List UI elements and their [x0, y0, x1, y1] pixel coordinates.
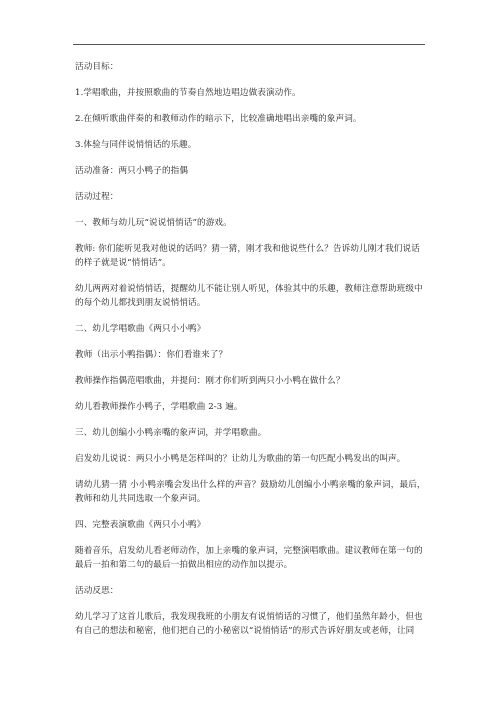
- paragraph: 教师（出示小鸭指偶）：你们看谁来了？: [75, 348, 427, 362]
- paragraph: 请幼儿猜一猜 小小鸭亲嘴会发出什么样的声音？鼓励幼儿创编小小鸭亲嘴的象声词，最后…: [75, 478, 427, 506]
- step-heading-3: 三、幼儿创编小小鸭亲嘴的象声词，并学唱歌曲。: [75, 426, 427, 440]
- paragraph: 教师操作指偶范唱歌曲，并提问：刚才你们听到两只小小鸭在做什么？: [75, 374, 427, 388]
- paragraph: 幼儿学习了这首儿歌后，我发现我班的小朋友有说悄悄话的习惯了，他们虽然年龄小，但也…: [75, 610, 427, 638]
- preparation-text: 活动准备：两只小鸭子的指偶: [75, 164, 427, 178]
- paragraph: 随着音乐，启发幼儿看老师动作，加上亲嘴的象声词，完整演唱歌曲。建议教师在第一句的…: [75, 544, 427, 572]
- paragraph: 幼儿两两对着说悄悄话，提醒幼儿不能让别人听见，体验其中的乐趣，教师注意帮助班级中…: [75, 282, 427, 310]
- header-rule: [73, 44, 425, 45]
- section-heading-reflection: 活动反思：: [75, 584, 427, 598]
- goal-item-3: 3.体验与同伴说悄悄话的乐趣。: [75, 138, 427, 152]
- step-heading-2: 二、幼儿学唱歌曲《两只小小鸭》: [75, 322, 427, 336]
- paragraph: 启发幼儿说说：两只小小鸭是怎样叫的？让幼儿为歌曲的第一句匹配小鸭发出的叫声。: [75, 452, 427, 466]
- section-heading-goals: 活动目标：: [75, 60, 427, 74]
- section-heading-process: 活动过程：: [75, 190, 427, 204]
- paragraph: 幼儿看教师操作小鸭子，学唱歌曲 2-3 遍。: [75, 400, 427, 414]
- goal-item-2: 2.在倾听歌曲伴奏的和教师动作的暗示下，比较准确地唱出亲嘴的象声词。: [75, 112, 427, 126]
- step-heading-4: 四、完整表演歌曲《两只小小鸭》: [75, 518, 427, 532]
- step-heading-1: 一、教师与幼儿玩“说说悄悄话”的游戏。: [75, 216, 427, 230]
- paragraph: 教师: 你们能听见我对他说的话吗？猜一猜，刚才我和他说些什么？告诉幼儿刚才我们说…: [75, 242, 427, 270]
- document-body: 活动目标： 1.学唱歌曲，并按照歌曲的节奏自然地边唱边做表演动作。 2.在倾听歌…: [75, 60, 427, 638]
- goal-item-1: 1.学唱歌曲，并按照歌曲的节奏自然地边唱边做表演动作。: [75, 86, 427, 100]
